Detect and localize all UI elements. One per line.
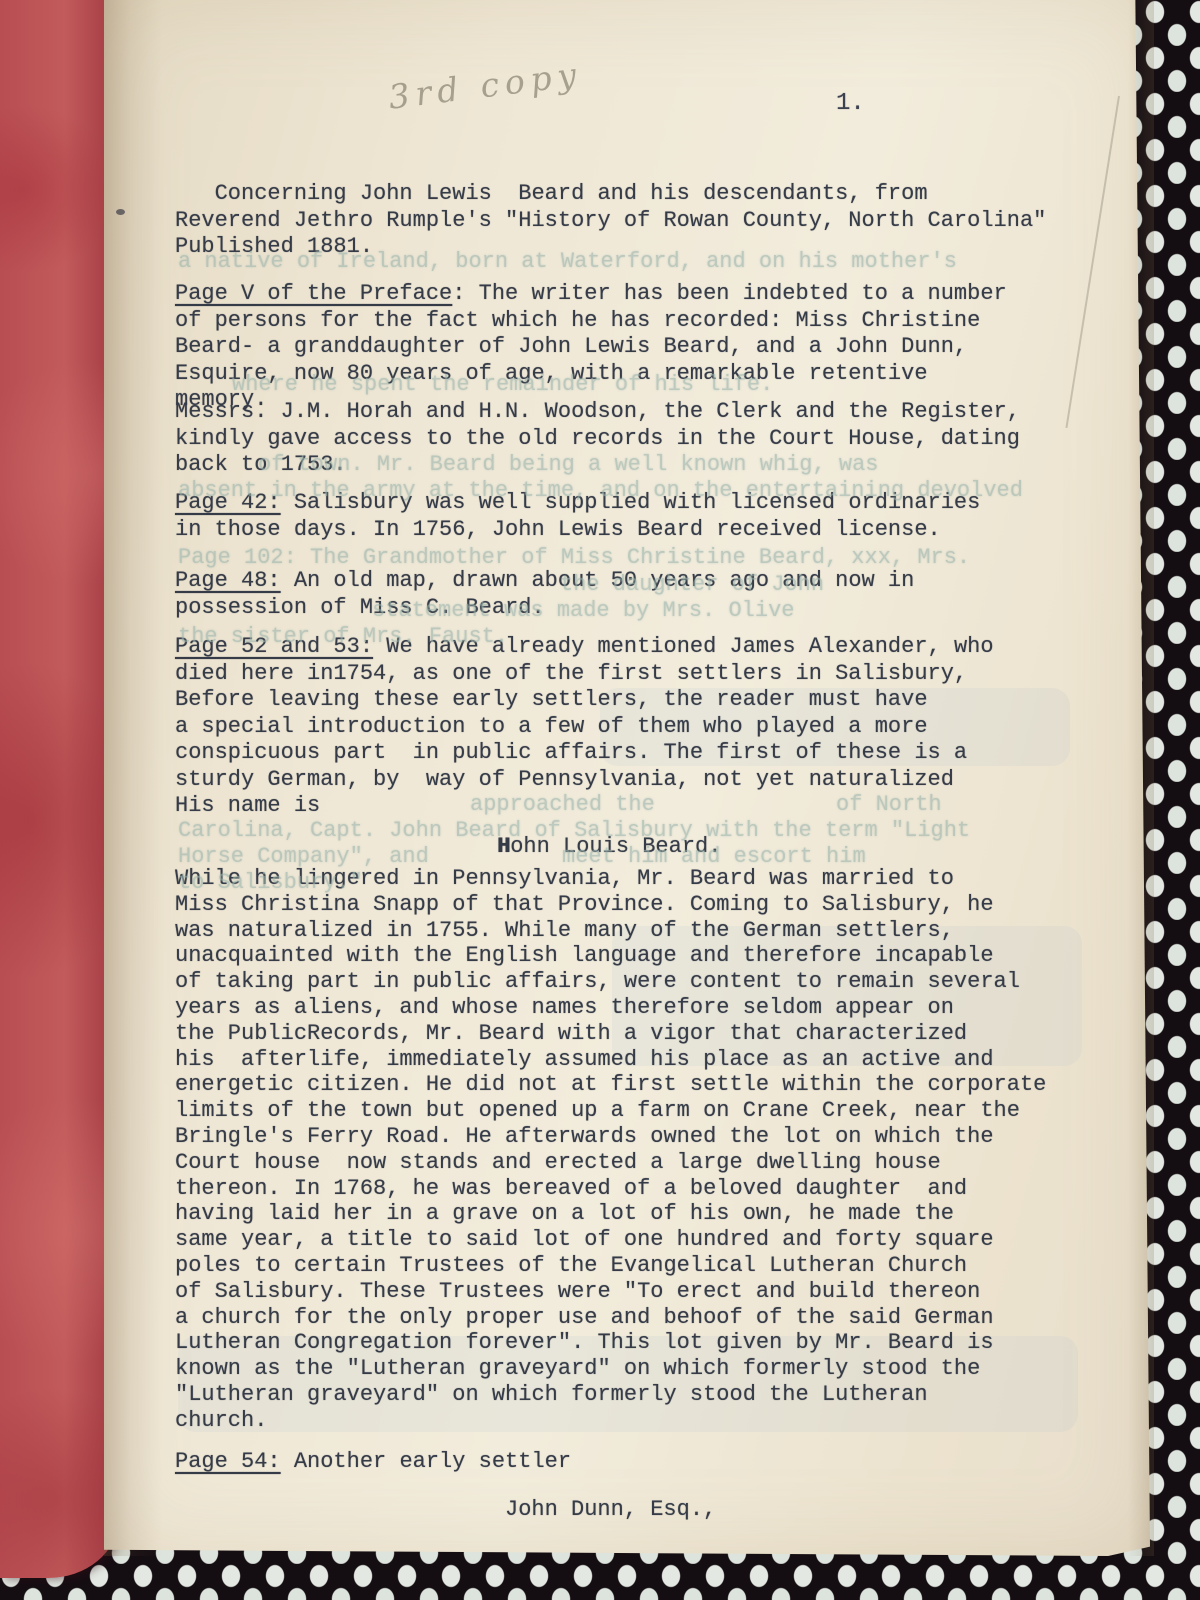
text-line: of persons for the fact which he has rec… <box>175 308 980 334</box>
ghost-text-line: the sister of Mrs. Faust. <box>178 624 508 649</box>
ghost-text-line: Carolina, Capt. John Beard of Salisbury … <box>178 818 970 843</box>
ghost-text-line: of town. Mr. Beard being a well known wh… <box>258 452 879 477</box>
text-line: limits of the town but opened up a farm … <box>175 1098 1020 1124</box>
text-line: Concerning John Lewis Beard and his desc… <box>175 181 928 207</box>
text-line: in those days. In 1756, John Lewis Beard… <box>175 517 941 543</box>
ghost-text-line: a native of Ireland, born at Waterford, … <box>178 249 957 274</box>
text-line: John Dunn, Esq., <box>505 1497 716 1523</box>
text-line: the PublicRecords, Mr. Beard with a vigo… <box>175 1021 967 1047</box>
ghost-text-line: of North <box>836 792 942 817</box>
text-line: thereon. In 1768, he was bereaved of a b… <box>175 1176 967 1202</box>
text-line: years as aliens, and whose names therefo… <box>175 995 954 1021</box>
text-line: Miss Christina Snapp of that Province. C… <box>175 892 994 918</box>
text-line: Court house now stands and erected a lar… <box>175 1150 941 1176</box>
ghost-text-line: Page 102: The Grandmother of Miss Christ… <box>178 545 970 570</box>
text-line: Page 54: Another early settler <box>175 1449 571 1475</box>
red-book-cover <box>0 0 118 1578</box>
photo-of-typed-page: { "scene": { "description_labels": { "pa… <box>0 0 1200 1600</box>
text-line: Page V of the Preface: The writer has be… <box>175 281 1007 307</box>
underlined-label: Page V of the Preface <box>175 281 452 306</box>
text-line: his afterlife, immediately assumed his p… <box>175 1047 994 1073</box>
text-line: "Lutheran graveyard" on which formerly s… <box>175 1382 928 1408</box>
text-line: energetic citizen. He did not at first s… <box>175 1072 1046 1098</box>
paper-left-crease <box>104 0 162 1556</box>
text-line: was naturalized in 1755. While many of t… <box>175 918 954 944</box>
paper-right-edge-shadow <box>1128 0 1154 1556</box>
text-line: sturdy German, by way of Pennsylvania, n… <box>175 767 954 793</box>
page-number: 1. <box>836 90 865 117</box>
text-line: church. <box>175 1408 267 1434</box>
text-line: died here in1754, as one of the first se… <box>175 661 967 687</box>
text-line: unacquainted with the English language a… <box>175 943 994 969</box>
text-line: same year, a title to said lot of one hu… <box>175 1227 994 1253</box>
text-line: a special introduction to a few of them … <box>175 714 928 740</box>
text-line: Beard- a granddaughter of John Lewis Bea… <box>175 334 967 360</box>
text-line: of taking part in public affairs, were c… <box>175 969 1020 995</box>
text-line: of Salisbury. These Trustees were "To er… <box>175 1279 980 1305</box>
text-line: Bringle's Ferry Road. He afterwards owne… <box>175 1124 994 1150</box>
text-line: known as the "Lutheran graveyard" on whi… <box>175 1356 980 1382</box>
text-line: kindly gave access to the old records in… <box>175 426 1020 452</box>
ink-speck <box>116 209 125 215</box>
text-line: poles to certain Trustees of the Evangel… <box>175 1253 967 1279</box>
text-line: His name is <box>175 793 320 819</box>
ghost-text-line: absent in the army at the time, and on t… <box>178 478 1023 503</box>
ghost-text-line: approached the <box>470 792 655 817</box>
ghost-text-line: to Salisbury." <box>178 870 363 895</box>
text-line: conspicuous part in public affairs. The … <box>175 740 967 766</box>
ghost-text-line: the daughter of John <box>560 572 824 597</box>
ghost-text-line: Horse Company", and <box>178 844 429 869</box>
ghost-text-line: meet him and escort him <box>562 844 866 869</box>
text-line: a church for the only proper use and beh… <box>175 1305 994 1331</box>
text-line: Reverend Jethro Rumple's "History of Row… <box>175 208 1046 234</box>
text-line: Messrs. J.M. Horah and H.N. Woodson, the… <box>175 399 1020 425</box>
text-line: having laid her in a grave on a lot of h… <box>175 1201 954 1227</box>
underlined-label: Page 48: <box>175 568 281 593</box>
underlined-label: Page 54: <box>175 1449 281 1474</box>
text-line: Before leaving these early settlers, the… <box>175 687 928 713</box>
ghost-text-line: statement was made by Mrs. Olive <box>372 598 794 623</box>
text-line: Lutheran Congregation forever". This lot… <box>175 1330 994 1356</box>
ghost-text-line: where he spent the remainder of his life… <box>232 372 773 397</box>
